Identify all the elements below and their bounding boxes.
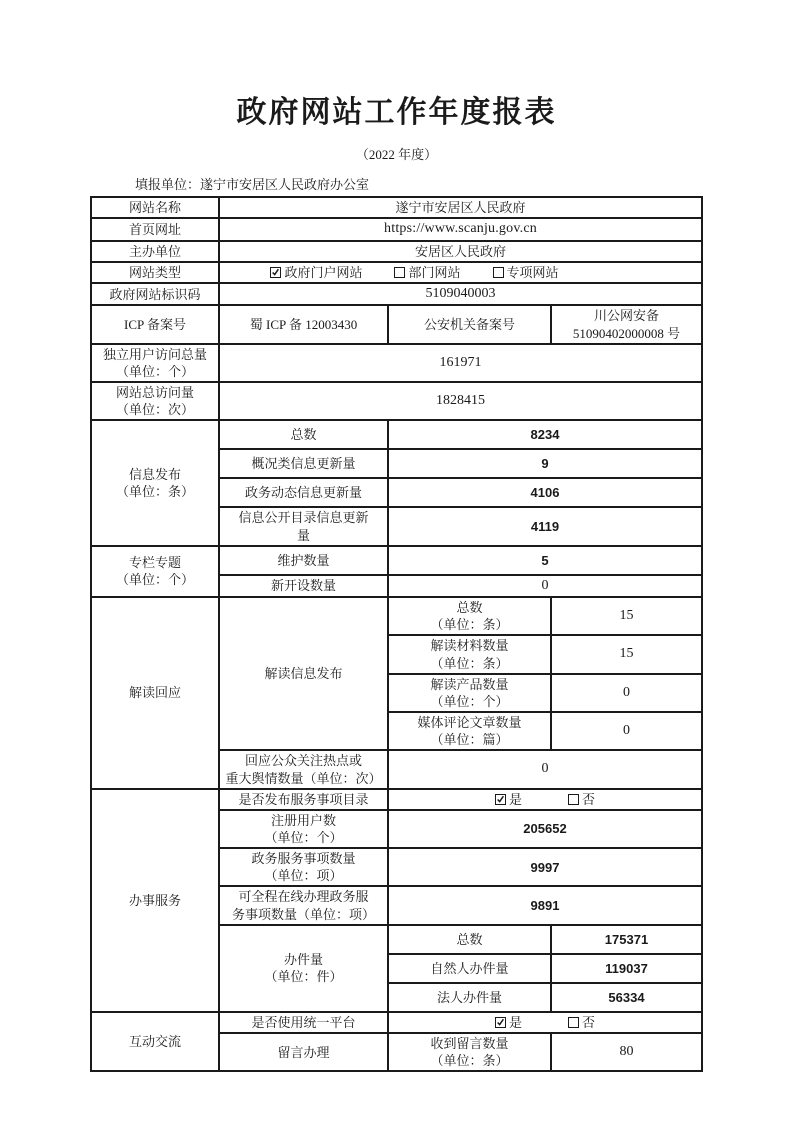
interpretation-response-label: 回应公众关注热点或 重大舆情数量（单位：次） (219, 750, 388, 788)
services-online-label: 可全程在线办理政务服 务事项数量（单位：项） (219, 886, 388, 924)
checkbox-checked-icon (495, 1017, 506, 1028)
transactions-total-label: 总数 (388, 925, 551, 954)
yes-label: 是 (509, 792, 522, 807)
interpretation-total-label: 总数 （单位：条） (388, 597, 551, 635)
services-users-value: 205652 (388, 810, 702, 848)
site-type-option-label: 部门网站 (408, 265, 460, 280)
yes-option: 是 (495, 791, 522, 808)
interpretation-publish-label: 解读信息发布 (219, 597, 388, 750)
icp-label: ICP 备案号 (91, 305, 219, 343)
interpretation-materials-label: 解读材料数量 （单位：条） (388, 635, 551, 673)
special-columns-group-label: 专栏专题 （单位：个） (91, 546, 219, 597)
special-columns-new-value: 0 (388, 575, 702, 597)
no-option: 否 (568, 1014, 595, 1031)
interpretation-media-value: 0 (551, 712, 702, 750)
host-org-label: 主办单位 (91, 241, 219, 262)
total-visits-label: 网站总访问量 （单位：次） (91, 382, 219, 420)
no-label: 否 (582, 792, 595, 807)
special-columns-maintained-value: 5 (388, 546, 702, 575)
site-type-options: 政府门户网站 部门网站 专项网站 (219, 262, 702, 283)
interaction-messages-value: 80 (551, 1033, 702, 1071)
site-code-label: 政府网站标识码 (91, 283, 219, 305)
interpretation-products-value: 0 (551, 674, 702, 712)
transactions-legal-label: 法人办件量 (388, 983, 551, 1012)
yes-label: 是 (509, 1015, 522, 1030)
home-url-label: 首页网址 (91, 218, 219, 240)
services-users-label: 注册用户数 （单位：个） (219, 810, 388, 848)
services-items-value: 9997 (388, 848, 702, 886)
site-type-option-portal: 政府门户网站 (270, 264, 362, 281)
site-type-option-department: 部门网站 (394, 264, 460, 281)
reporting-unit-line: 填报单位：遂宁市安居区人民政府办公室 (91, 174, 702, 193)
services-items-label: 政务服务事项数量 （单位：项） (219, 848, 388, 886)
site-type-option-label: 政府门户网站 (284, 265, 362, 280)
special-columns-maintained-label: 维护数量 (219, 546, 388, 575)
info-publish-total-value: 8234 (388, 420, 702, 449)
services-group-label: 办事服务 (91, 789, 219, 1012)
site-type-option-special: 专项网站 (493, 264, 559, 281)
info-publish-dynamic-value: 4106 (388, 478, 702, 507)
transactions-legal-value: 56334 (551, 983, 702, 1012)
info-publish-total-label: 总数 (219, 420, 388, 449)
services-online-value: 9891 (388, 886, 702, 924)
checkbox-unchecked-icon (568, 1017, 579, 1028)
yes-option: 是 (495, 1014, 522, 1031)
interpretation-response-value: 0 (388, 750, 702, 788)
unique-visitors-label: 独立用户访问总量 （单位：个） (91, 344, 219, 382)
interpretation-media-label: 媒体评论文章数量 （单位：篇） (388, 712, 551, 750)
checkbox-checked-icon (270, 267, 281, 278)
interpretation-group-label: 解读回应 (91, 597, 219, 789)
transactions-total-value: 175371 (551, 925, 702, 954)
interaction-messages-sublabel: 收到留言数量 （单位：条） (388, 1033, 551, 1071)
site-type-label: 网站类型 (91, 262, 219, 283)
icp-value: 蜀 ICP 备 12003430 (219, 305, 388, 343)
checkbox-checked-icon (495, 794, 506, 805)
interaction-messages-label: 留言办理 (219, 1033, 388, 1071)
transactions-group-label: 办件量 （单位：件） (219, 925, 388, 1012)
annual-report-table: 网站名称 遂宁市安居区人民政府 首页网址 https://www.scanju.… (90, 196, 703, 1072)
checkbox-unchecked-icon (493, 267, 504, 278)
total-visits-value: 1828415 (219, 382, 702, 420)
home-url-value: https://www.scanju.gov.cn (219, 218, 702, 240)
site-name-label: 网站名称 (91, 197, 219, 218)
info-publish-catalog-value: 4119 (388, 507, 702, 545)
transactions-natural-value: 119037 (551, 954, 702, 983)
report-year-subtitle: （2022 年度） (0, 144, 793, 163)
interaction-group-label: 互动交流 (91, 1012, 219, 1071)
host-org-value: 安居区人民政府 (219, 241, 702, 262)
page-title: 政府网站工作年度报表 (0, 96, 793, 129)
transactions-natural-label: 自然人办件量 (388, 954, 551, 983)
interpretation-products-label: 解读产品数量 （单位：个） (388, 674, 551, 712)
site-name-value: 遂宁市安居区人民政府 (219, 197, 702, 218)
checkbox-unchecked-icon (568, 794, 579, 805)
no-option: 否 (568, 791, 595, 808)
no-label: 否 (582, 1015, 595, 1030)
unique-visitors-value: 161971 (219, 344, 702, 382)
police-record-label: 公安机关备案号 (388, 305, 551, 343)
info-publish-overview-label: 概况类信息更新量 (219, 449, 388, 478)
checkbox-unchecked-icon (394, 267, 405, 278)
site-code-value: 5109040003 (219, 283, 702, 305)
info-publish-catalog-label: 信息公开目录信息更新 量 (219, 507, 388, 545)
services-catalog-answer: 是 否 (388, 789, 702, 810)
info-publish-overview-value: 9 (388, 449, 702, 478)
police-record-value: 川公网安备 51090402000008 号 (551, 305, 702, 343)
report-page: 政府网站工作年度报表 （2022 年度） 填报单位：遂宁市安居区人民政府办公室 … (0, 0, 793, 1072)
site-type-option-label: 专项网站 (507, 265, 559, 280)
interaction-platform-label: 是否使用统一平台 (219, 1012, 388, 1033)
info-publish-group-label: 信息发布 （单位：条） (91, 420, 219, 545)
interaction-platform-answer: 是 否 (388, 1012, 702, 1033)
info-publish-dynamic-label: 政务动态信息更新量 (219, 478, 388, 507)
services-catalog-label: 是否发布服务事项目录 (219, 789, 388, 810)
interpretation-materials-value: 15 (551, 635, 702, 673)
special-columns-new-label: 新开设数量 (219, 575, 388, 597)
interpretation-total-value: 15 (551, 597, 702, 635)
